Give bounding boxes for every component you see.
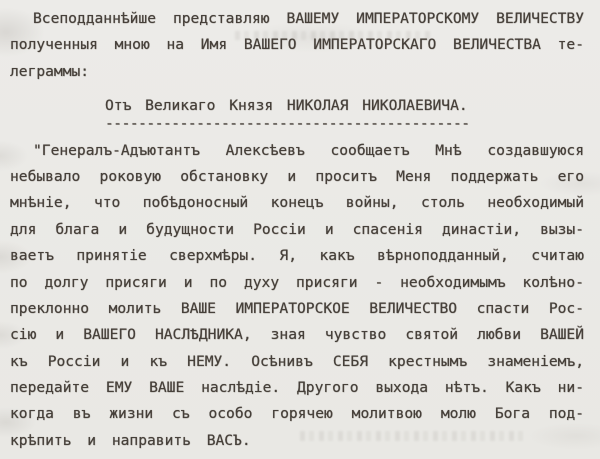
- text-line: "Генералъ-Адъютантъ Алексѣевъ сообщаетъ …: [10, 138, 584, 164]
- text-line: сію и ВАШЕГО НАСЛѢДНИКА, зная чувство св…: [10, 322, 584, 348]
- text-line: небывало роковую обстановку и проситъ Ме…: [10, 164, 584, 190]
- ink-smudge: [235, 31, 430, 40]
- heading-underline: ----------------------------------------…: [10, 120, 584, 134]
- text-line: ваетъ принятіе сверхмѣры. Я, какъ вѣрноп…: [10, 243, 584, 269]
- ink-smudge: [300, 431, 525, 441]
- text-line: по долгу присяги и по духу присяги - нео…: [10, 270, 584, 296]
- telegram-paragraph: "Генералъ-Адъютантъ Алексѣевъ сообщаетъ …: [10, 138, 584, 455]
- text-line: передайте ЕМУ ВАШЕ наслѣдіе. Другого вых…: [10, 375, 584, 401]
- text-line: преклонно молить ВАШЕ ИМПЕРАТОРСКОЕ ВЕЛИ…: [10, 296, 584, 322]
- text-line: для блага и будущности Россіи и спасенія…: [10, 217, 584, 243]
- intro-paragraph: Всеподданнѣйше представляю ВАШЕМУ ИМПЕРА…: [10, 6, 584, 85]
- text-line: мнѣніе, что побѣдоносный конецъ войны, с…: [10, 190, 584, 216]
- text-line: Всеподданнѣйше представляю ВАШЕМУ ИМПЕРА…: [10, 6, 584, 32]
- text-line: леграммы:: [10, 59, 584, 85]
- section-heading: Отъ Великаго Князя НИКОЛАЯ НИКОЛАЕВИЧА.: [10, 93, 584, 119]
- text-line: когда въ жизни съ особо горячею молитвою…: [10, 401, 584, 427]
- text-line: къ Россіи и къ НЕМУ. Осѣнивъ СЕБЯ крестн…: [10, 349, 584, 375]
- document-page: Всеподданнѣйше представляю ВАШЕМУ ИМПЕРА…: [0, 0, 600, 459]
